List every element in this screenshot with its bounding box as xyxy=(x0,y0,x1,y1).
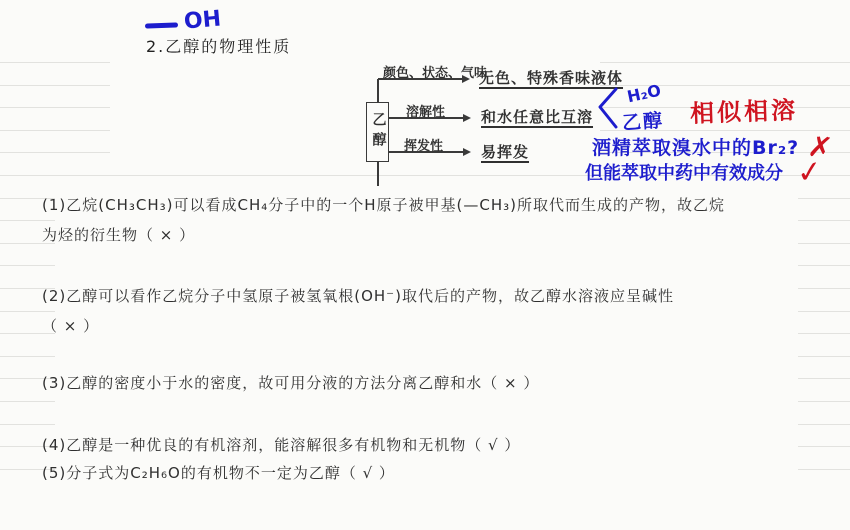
annotation-answer: 但能萃取中药中有效成分 xyxy=(585,159,783,185)
ruled-line xyxy=(0,152,110,153)
ruled-line xyxy=(798,469,850,470)
statement-1-line-1: (1)乙烷(CH₃CH₃)可以看成CH₄分子中的一个H原子被甲基(—CH₃)所取… xyxy=(42,194,725,215)
ruled-line xyxy=(798,424,850,425)
statement-3-line-1: (3)乙醇的密度小于水的密度，故可用分液的方法分离乙醇和水（ × ） xyxy=(42,372,539,393)
ruled-line xyxy=(798,333,850,334)
ruled-line xyxy=(600,62,850,63)
ruled-line xyxy=(0,265,55,266)
ruled-line xyxy=(0,220,55,221)
hydroxyl-label: OH xyxy=(183,6,222,34)
ruled-line xyxy=(798,311,850,312)
ruled-line xyxy=(0,311,55,312)
statement-1-line-2: 为烃的衍生物（ × ） xyxy=(42,224,195,245)
branch-label-solubility: 溶解性 xyxy=(406,101,445,120)
ruled-line xyxy=(0,424,55,425)
ethanol-box: 乙醇 xyxy=(366,102,389,162)
ruled-line xyxy=(798,446,850,447)
statement-2-line-1: (2)乙醇可以看作乙烷分子中氢原子被氢氧根(OH⁻)取代后的产物，故乙醇水溶液应… xyxy=(42,285,674,306)
ruled-line xyxy=(798,356,850,357)
branch-value-appearance: 无色、特殊香味液体 xyxy=(479,67,623,88)
ruled-line xyxy=(0,85,110,86)
annotation-principle: 相似相溶 xyxy=(689,90,798,129)
statement-2-line-2: （ × ） xyxy=(42,315,99,336)
ruled-line xyxy=(0,62,110,63)
ruled-line xyxy=(798,401,850,402)
ruled-line xyxy=(798,288,850,289)
branch-value-solubility: 和水任意比互溶 xyxy=(481,106,593,127)
connector-line-bottom xyxy=(377,161,379,186)
connector-line-top xyxy=(377,79,379,103)
ruled-line xyxy=(0,107,110,108)
section-title: 2.乙醇的物理性质 xyxy=(146,34,291,57)
ruled-line xyxy=(0,401,55,402)
branch-value-volatility: 易挥发 xyxy=(481,141,529,162)
ruled-line xyxy=(798,378,850,379)
annotation-ethanol: 乙醇 xyxy=(621,106,665,136)
branch-label-appearance: 颜色、状态、气味 xyxy=(383,62,487,81)
brace-icon xyxy=(597,87,619,129)
ruled-line xyxy=(0,356,55,357)
statement-4-line-1: (4)乙醇是一种优良的有机溶剂，能溶解很多有机物和无机物（ √ ） xyxy=(42,434,520,455)
branch-label-volatility: 挥发性 xyxy=(404,135,443,154)
ruled-line xyxy=(798,220,850,221)
ruled-line xyxy=(798,243,850,244)
ruled-line xyxy=(798,198,850,199)
ruled-line xyxy=(0,130,110,131)
bond-line xyxy=(145,22,178,28)
ruled-line xyxy=(798,265,850,266)
note-page: OH 2.乙醇的物理性质 颜色、状态、气味 溶解性 挥发性 乙醇 无色、特殊香味… xyxy=(0,0,850,530)
statement-5-line-1: (5)分子式为C₂H₆O的有机物不一定为乙醇（ √ ） xyxy=(42,462,395,483)
check-mark-icon: ✓ xyxy=(795,154,824,191)
annotation-question: 酒精萃取溴水中的Br₂? xyxy=(592,133,799,160)
